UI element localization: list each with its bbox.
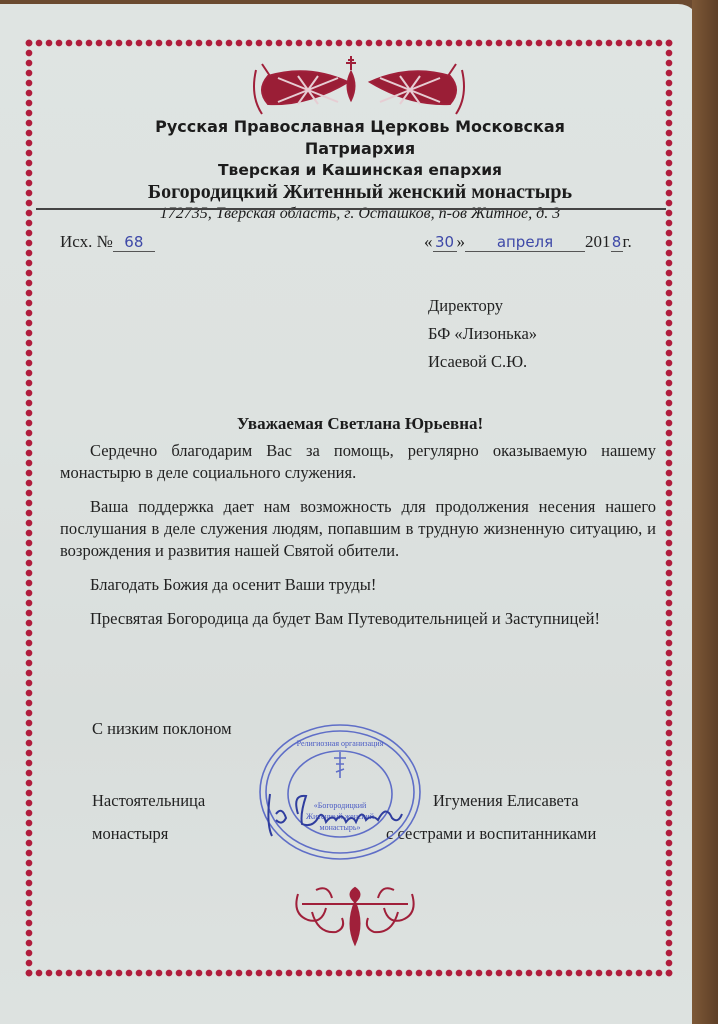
date-year-prefix: 201: [585, 232, 611, 251]
closing-phrase: С низким поклоном: [92, 719, 232, 739]
letter-date: «30»апреля2018г.: [424, 232, 632, 252]
border-top: [24, 38, 674, 48]
handwritten-signature-icon: [262, 784, 412, 844]
signatory-role-continued: монастыря: [92, 824, 168, 844]
signatory-role: Настоятельница: [92, 791, 205, 811]
border-left: [24, 38, 34, 978]
recipient-name: Исаевой С.Ю.: [428, 348, 537, 376]
eparchy-name: Тверская и Кашинская епархия: [100, 160, 620, 180]
date-quote-open: «: [424, 232, 433, 251]
stamp-inner-ring-text: Религиозная организация: [297, 739, 384, 748]
letter-body: Сердечно благодарим Вас за помощь, регул…: [60, 440, 656, 642]
salutation: Уважаемая Светлана Юрьевна!: [60, 414, 660, 434]
reference-number: 68: [113, 233, 155, 252]
monastery-name: Богородицкий Житенный женский монастырь: [100, 180, 620, 204]
body-paragraph: Благодать Божия да осенит Ваши труды!: [60, 574, 656, 596]
signatory-name: Игумения Елисавета: [433, 791, 579, 811]
celtic-knot-ornament-icon: [248, 56, 470, 118]
reference-label: Исх. №: [60, 232, 113, 251]
date-day: 30: [433, 233, 457, 252]
recipient-title: Директору: [428, 292, 537, 320]
desk-surface: [692, 0, 718, 1024]
monastery-address: 172735, Тверская область, г. Осташков, п…: [100, 204, 620, 224]
outgoing-reference: Исх. №68: [60, 232, 155, 252]
church-name: Русская Православная Церковь Московская …: [100, 116, 620, 160]
border-bottom: [24, 968, 674, 978]
body-paragraph: Пресвятая Богородица да будет Вам Путево…: [60, 608, 656, 630]
date-month: апреля: [465, 233, 585, 252]
header-divider: [36, 208, 666, 210]
date-quote-close: »: [457, 232, 466, 251]
recipient-block: Директору БФ «Лизонька» Исаевой С.Ю.: [428, 292, 537, 376]
floral-ornament-icon: [292, 884, 418, 950]
recipient-organization: БФ «Лизонька»: [428, 320, 537, 348]
border-right: [664, 38, 674, 978]
date-year-digit: 8: [611, 233, 623, 252]
body-paragraph: Ваша поддержка дает нам возможность для …: [60, 496, 656, 562]
letter-paper: Русская Православная Церковь Московская …: [0, 4, 700, 1024]
body-paragraph: Сердечно благодарим Вас за помощь, регул…: [60, 440, 656, 484]
date-year-unit: г.: [623, 232, 632, 251]
